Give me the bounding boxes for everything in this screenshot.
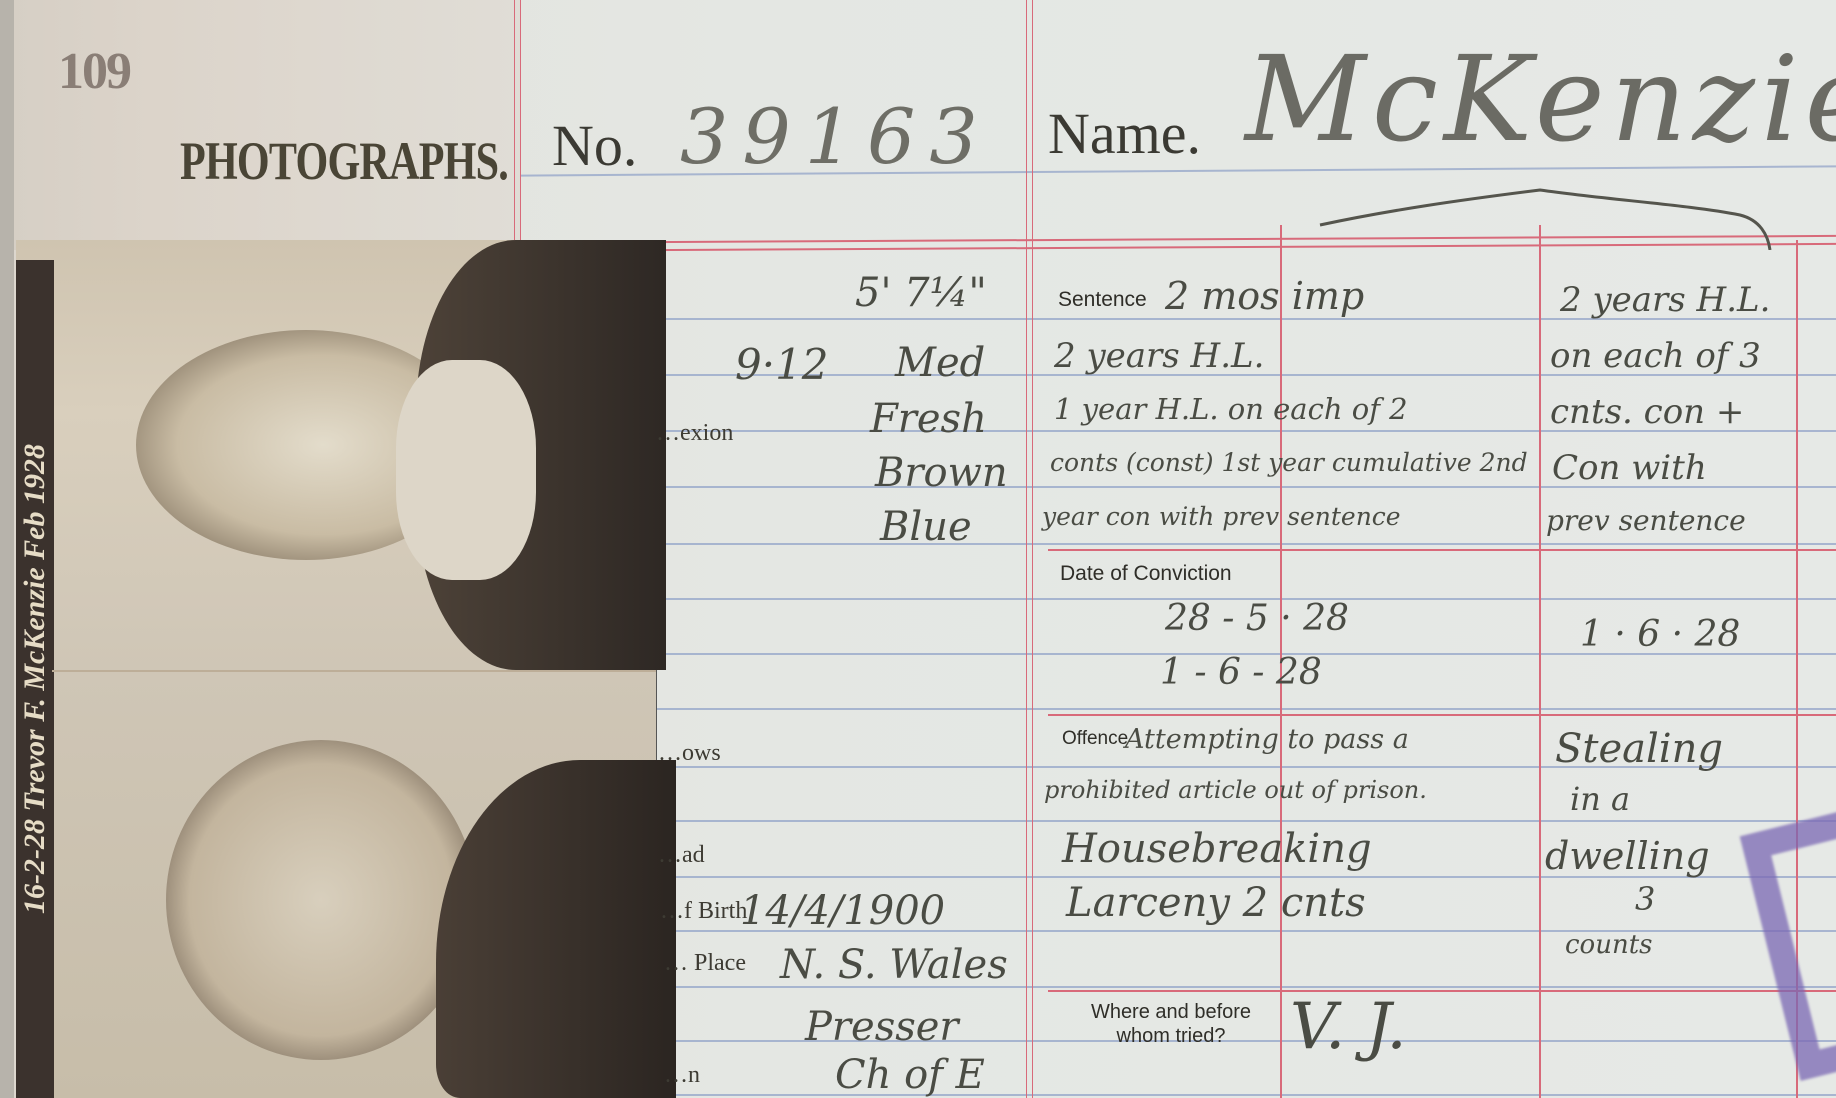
label-date-of-birth: …f Birth (660, 898, 747, 925)
offence-label: Offence (1062, 728, 1128, 750)
profile-face (166, 740, 476, 1060)
label-birth-place: … Place (664, 950, 746, 977)
name-label: Name. (1048, 100, 1201, 167)
eyes-value: Blue (880, 504, 972, 550)
red-row-rule (1048, 549, 1836, 551)
section-title: PHOTOGRAPHS. (180, 130, 508, 192)
offence-line: Housebreaking (1062, 826, 1372, 872)
religion-value: Ch of E (835, 1052, 985, 1098)
profile-jacket (436, 760, 676, 1098)
offence-line-2: 3 (1635, 880, 1655, 918)
label-head: …ad (658, 842, 705, 869)
record-number: 39163 (680, 92, 992, 181)
sentence-line-2: Con with (1552, 448, 1707, 488)
red-row-rule (1048, 990, 1836, 992)
date-of-conviction-label: Date of Conviction (1060, 562, 1232, 586)
front-collar (396, 360, 536, 580)
number-label: No. (552, 112, 637, 179)
offence-line-2: Stealing (1555, 726, 1723, 772)
offence-line: prohibited article out of prison. (1044, 776, 1427, 804)
page-number: 109 (58, 42, 130, 101)
rule-line (650, 543, 1836, 545)
birth-place-value: N. S. Wales (780, 942, 1008, 988)
offence-line-2: counts (1565, 930, 1653, 960)
red-column-rule (514, 0, 521, 250)
sentence-line: 2 mos imp (1165, 274, 1364, 318)
label-trade: …n (664, 1062, 700, 1089)
sentence-line-2: prev sentence (1546, 504, 1746, 537)
sentence-line: conts (const) 1st year cumulative 2nd (1050, 448, 1528, 477)
date-of-birth-value: 14/4/1900 (740, 888, 945, 934)
sentence-label: Sentence (1058, 288, 1147, 312)
label-complexion: …exion (656, 420, 733, 447)
sentence-line-2: 2 years H.L. (1560, 280, 1770, 320)
ledger-page: 109 PHOTOGRAPHS. No. 39163 Name. McKenzi… (0, 0, 1836, 1098)
photo-caption-strip: 16-2-28 Trevor F. McKenzie Feb 1928 (16, 260, 54, 1098)
label-eyebrows: …ows (658, 740, 721, 767)
hair-value: Brown (875, 450, 1008, 496)
conviction-date: 28 - 5 · 28 (1165, 598, 1349, 639)
sentence-line: year con with prev sentence (1042, 502, 1401, 531)
page-edge (0, 0, 14, 1098)
offence-line-2: dwelling (1545, 834, 1710, 878)
conviction-date: 1 - 6 - 28 (1160, 652, 1322, 693)
offence-line-2: in a (1570, 780, 1630, 818)
red-column-rule (1026, 0, 1033, 1098)
red-row-rule (1048, 714, 1836, 716)
red-column-rule (1539, 225, 1541, 1098)
trade-value: Presser (805, 1004, 959, 1050)
name-value: McKenzie (1245, 30, 1836, 168)
mugshot-photograph: 16-2-28 Trevor F. McKenzie Feb 1928 (16, 240, 656, 1098)
rule-line (650, 820, 1836, 822)
sentence-line-2: on each of 3 (1550, 336, 1761, 376)
sentence-line-2: cnts. con + (1550, 392, 1744, 432)
where-tried-label: Where and before whom tried? (1066, 1000, 1276, 1048)
offence-line: Larceny 2 cnts (1066, 880, 1366, 926)
height-value: 5' 7¼" (855, 270, 987, 316)
offence-line: Attempting to pass a (1125, 724, 1409, 755)
weight-value: 9·12 (735, 340, 829, 389)
sentence-line: 1 year H.L. on each of 2 (1054, 392, 1408, 426)
photo-caption: 16-2-28 Trevor F. McKenzie Feb 1928 (18, 444, 52, 914)
where-tried-value: V. J. (1290, 990, 1407, 1064)
ink-stamp (1740, 801, 1836, 1081)
name-flourish (1310, 180, 1780, 250)
rule-line (650, 1094, 1836, 1096)
complexion-value: Fresh (870, 396, 987, 442)
left-margin-strip (0, 0, 520, 250)
rule-line (650, 708, 1836, 710)
conviction-date-2: 1 · 6 · 28 (1580, 614, 1740, 655)
build-value: Med (895, 340, 985, 386)
photo-seam (52, 670, 656, 672)
sentence-line: 2 years H.L. (1054, 336, 1264, 376)
